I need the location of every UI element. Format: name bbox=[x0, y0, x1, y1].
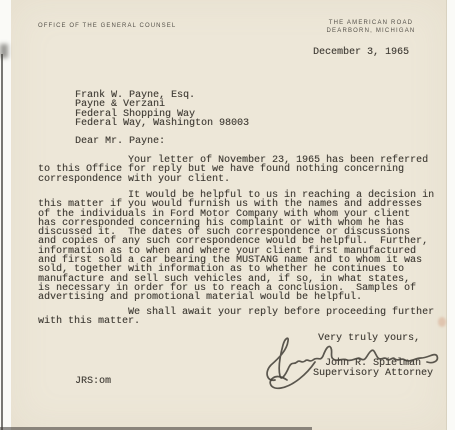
valediction: Very truly yours, bbox=[318, 334, 420, 343]
typist-reference: JRS:om bbox=[75, 377, 111, 386]
letterhead-road: THE AMERICAN ROAD bbox=[329, 20, 413, 26]
salutation: Dear Mr. Payne: bbox=[75, 137, 165, 146]
letter-date: December 3, 1965 bbox=[313, 48, 409, 57]
letterhead-address: THE AMERICAN ROADDEARBORN, MICHIGAN bbox=[320, 20, 422, 35]
body-paragraph-3: We shall await your reply before proceed… bbox=[38, 308, 434, 327]
scan-right-smudge bbox=[438, 317, 446, 327]
body-paragraph-1: Your letter of November 23, 1965 has bee… bbox=[38, 156, 428, 184]
body-paragraph-2: It would be helpful to us in reaching a … bbox=[38, 191, 434, 303]
typed-signature-name: John R. Spielman bbox=[325, 359, 421, 368]
scan-left-edge-line bbox=[1, 54, 3, 430]
scan-left-corner-shade bbox=[0, 44, 8, 58]
recipient-address-block: Frank W. Payne, Esq. Payne & Verzani Fed… bbox=[75, 91, 249, 128]
signer-title: Supervisory Attorney bbox=[313, 369, 433, 378]
letterhead-city: DEARBORN, MICHIGAN bbox=[327, 28, 416, 34]
scanned-letter-page: OFFICE OF THE GENERAL COUNSEL THE AMERIC… bbox=[0, 0, 455, 430]
letterhead-office: OFFICE OF THE GENERAL COUNSEL bbox=[38, 23, 176, 31]
